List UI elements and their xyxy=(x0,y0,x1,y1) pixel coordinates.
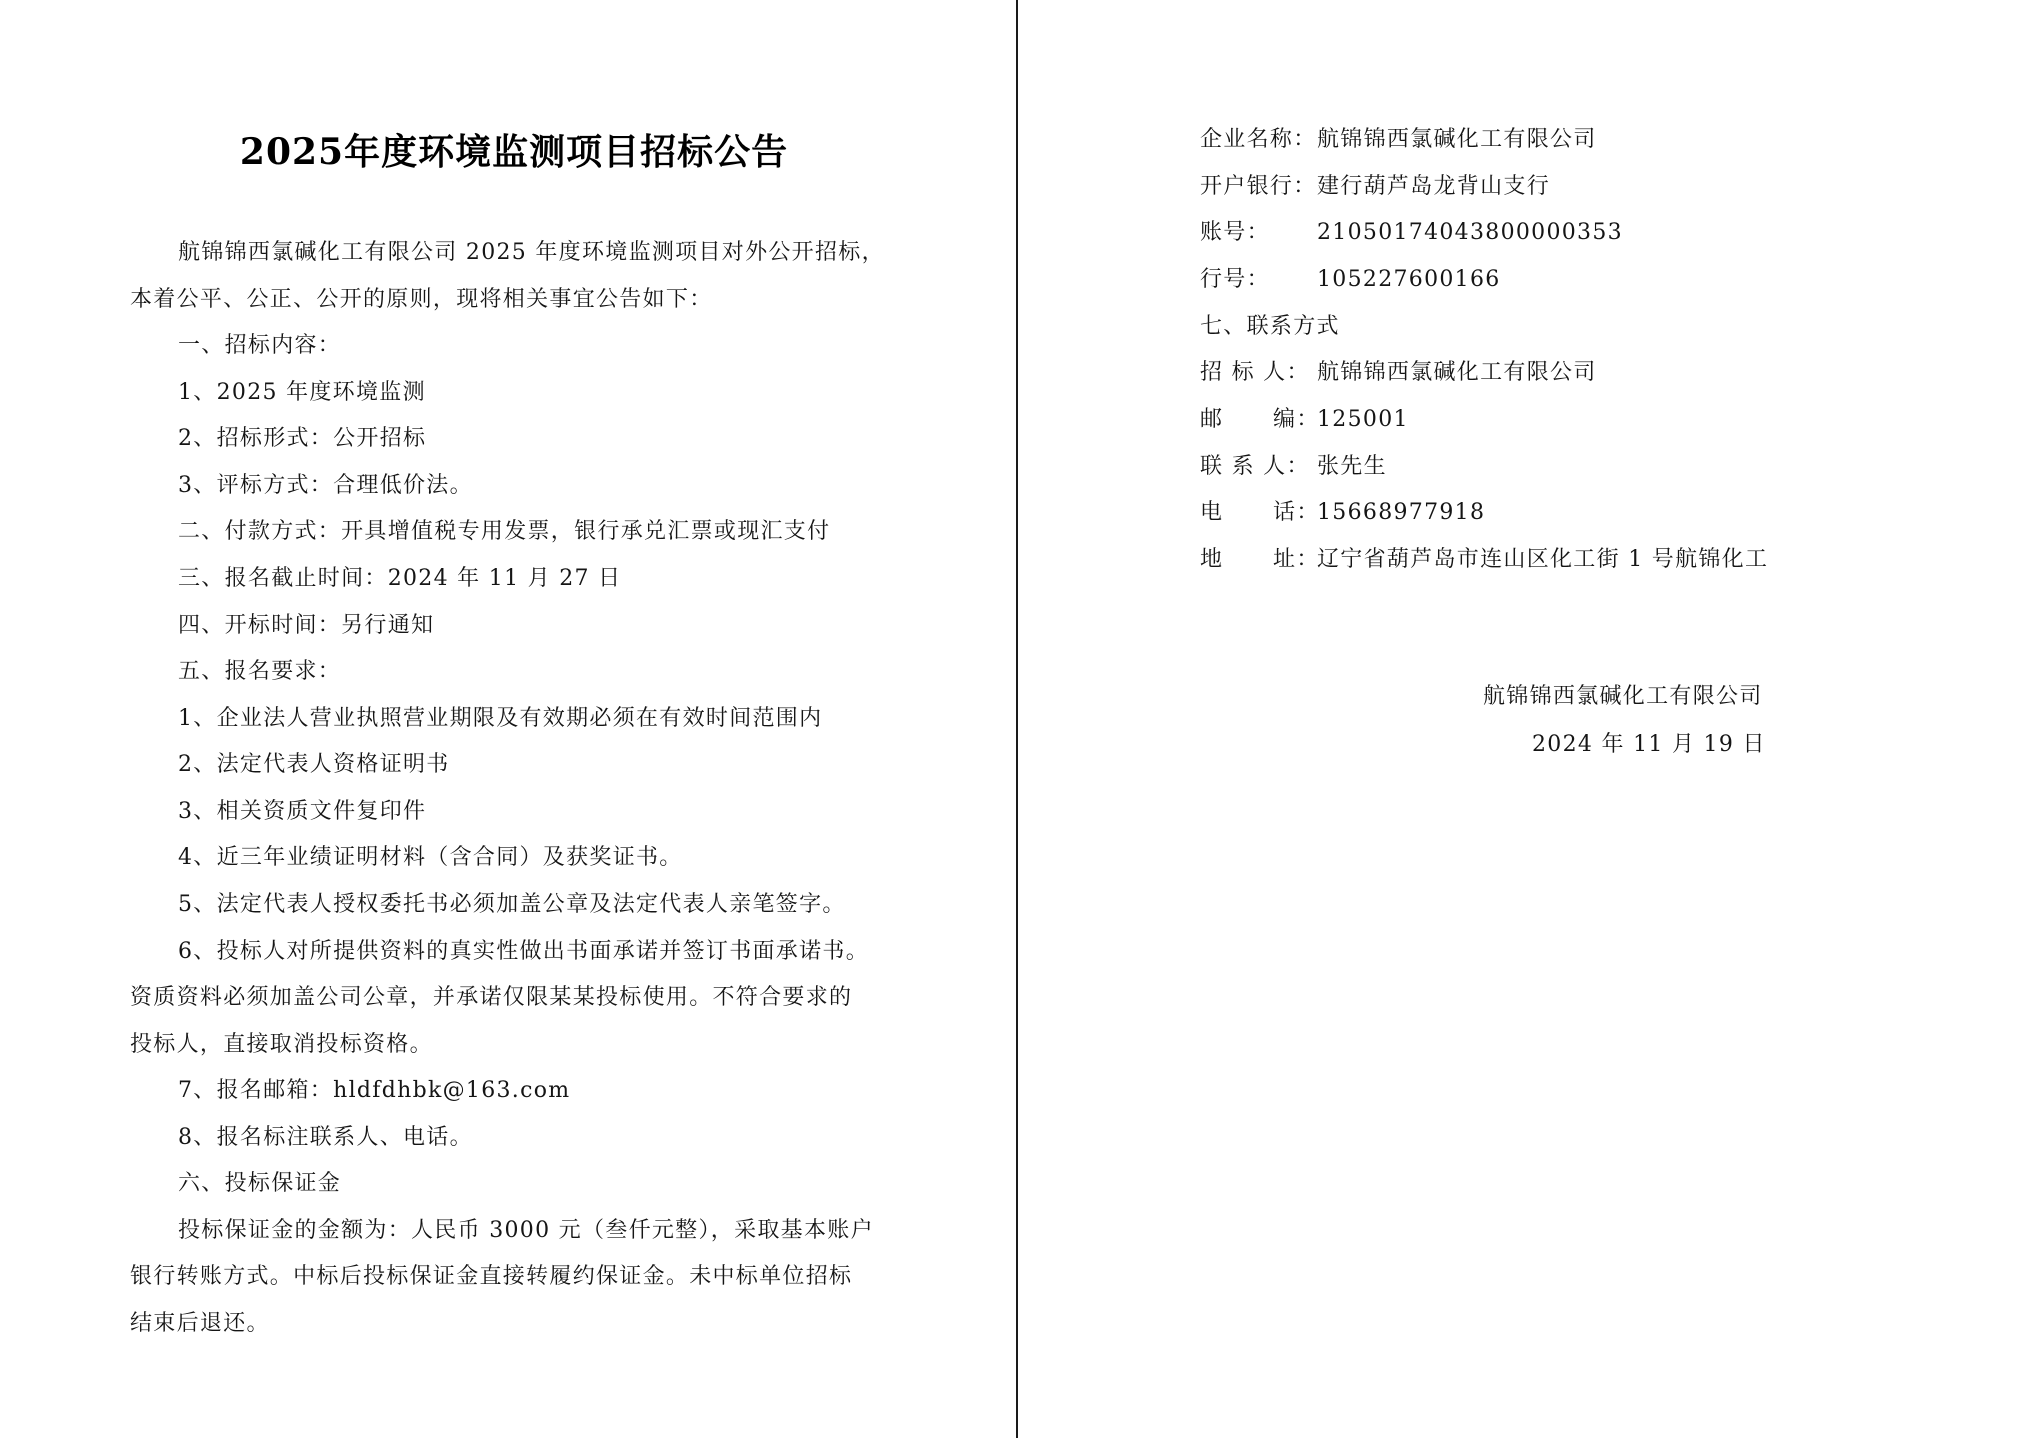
contact-label-phone: 电 话： xyxy=(1200,498,1320,528)
contact-value-phone: 15668977918 xyxy=(1317,498,1485,528)
contact-value-tenderer: 航锦锦西氯碱化工有限公司 xyxy=(1317,358,1597,388)
section-2-payment: 二、付款方式：开具增值税专用发票，银行承兑汇票或现汇支付 xyxy=(178,517,830,547)
section-5-item-8: 8、报名标注联系人、电话。 xyxy=(178,1123,473,1153)
bank-value-bank-code: 105227600166 xyxy=(1317,265,1501,295)
page-divider xyxy=(1016,0,1018,1438)
section-5-item-2: 2、法定代表人资格证明书 xyxy=(178,750,450,780)
section-7-heading: 七、联系方式 xyxy=(1200,312,1340,342)
contact-value-address: 辽宁省葫芦岛市连山区化工街 1 号航锦化工 xyxy=(1317,545,1768,575)
contact-label-tenderer: 招 标 人： xyxy=(1200,358,1310,388)
section-5-item-7-email: 7、报名邮箱：hldfdhbk@163.com xyxy=(178,1076,570,1106)
section-5-item-1: 1、企业法人营业执照营业期限及有效期必须在有效时间范围内 xyxy=(178,704,822,734)
bank-label-bank-code: 行号： xyxy=(1200,265,1270,295)
section-3-deadline: 三、报名截止时间：2024 年 11 月 27 日 xyxy=(178,564,621,594)
section-6-line-1: 投标保证金的金额为：人民币 3000 元（叁仟元整），采取基本账户 xyxy=(178,1216,874,1246)
section-5-item-3: 3、相关资质文件复印件 xyxy=(178,797,426,827)
document-title: 2025年度环境监测项目招标公告 xyxy=(0,127,1028,177)
section-5-item-5: 5、法定代表人授权委托书必须加盖公章及法定代表人亲笔签字。 xyxy=(178,890,846,920)
intro-line-1: 航锦锦西氯碱化工有限公司 2025 年度环境监测项目对外公开招标， xyxy=(178,238,885,268)
section-6-line-3: 结束后退还。 xyxy=(130,1309,270,1339)
section-1-item-1: 1、2025 年度环境监测 xyxy=(178,378,426,408)
contact-value-person: 张先生 xyxy=(1317,452,1387,482)
section-1-heading: 一、招标内容： xyxy=(178,331,341,361)
contact-label-person: 联 系 人： xyxy=(1200,452,1310,482)
contact-label-postcode: 邮 编： xyxy=(1200,405,1320,435)
bank-label-bank: 开户银行： xyxy=(1200,172,1317,202)
contact-value-postcode: 125001 xyxy=(1317,405,1409,435)
section-1-item-2: 2、招标形式：公开招标 xyxy=(178,424,426,454)
section-4-opening: 四、开标时间：另行通知 xyxy=(178,611,434,641)
section-5-heading: 五、报名要求： xyxy=(178,657,341,687)
signature-date: 2024 年 11 月 19 日 xyxy=(1532,730,1766,760)
section-6-line-2: 银行转账方式。中标后投标保证金直接转履约保证金。未中标单位招标 xyxy=(130,1262,852,1292)
contact-label-address: 地 址： xyxy=(1200,545,1320,575)
intro-line-2: 本着公平、公正、公开的原则，现将相关事宜公告如下： xyxy=(130,285,713,315)
right-page xyxy=(1019,0,2035,1438)
bank-label-company: 企业名称： xyxy=(1200,125,1317,155)
section-6-heading: 六、投标保证金 xyxy=(178,1169,341,1199)
bank-label-account: 账号： xyxy=(1200,218,1270,248)
bank-value-company: 航锦锦西氯碱化工有限公司 xyxy=(1317,125,1597,155)
section-5-item-4: 4、近三年业绩证明材料（含合同）及获奖证书。 xyxy=(178,843,683,873)
signature-company: 航锦锦西氯碱化工有限公司 xyxy=(1483,682,1763,712)
section-5-item-6-cont-1: 资质资料必须加盖公司公章，并承诺仅限某某投标使用。不符合要求的 xyxy=(130,983,852,1013)
bank-value-account: 21050174043800000353 xyxy=(1317,218,1623,248)
bank-value-bank: 建行葫芦岛龙背山支行 xyxy=(1317,172,1550,202)
section-5-item-6: 6、投标人对所提供资料的真实性做出书面承诺并签订书面承诺书。 xyxy=(178,937,869,967)
section-1-item-3: 3、评标方式：合理低价法。 xyxy=(178,471,473,501)
section-5-item-6-cont-2: 投标人，直接取消投标资格。 xyxy=(130,1030,433,1060)
